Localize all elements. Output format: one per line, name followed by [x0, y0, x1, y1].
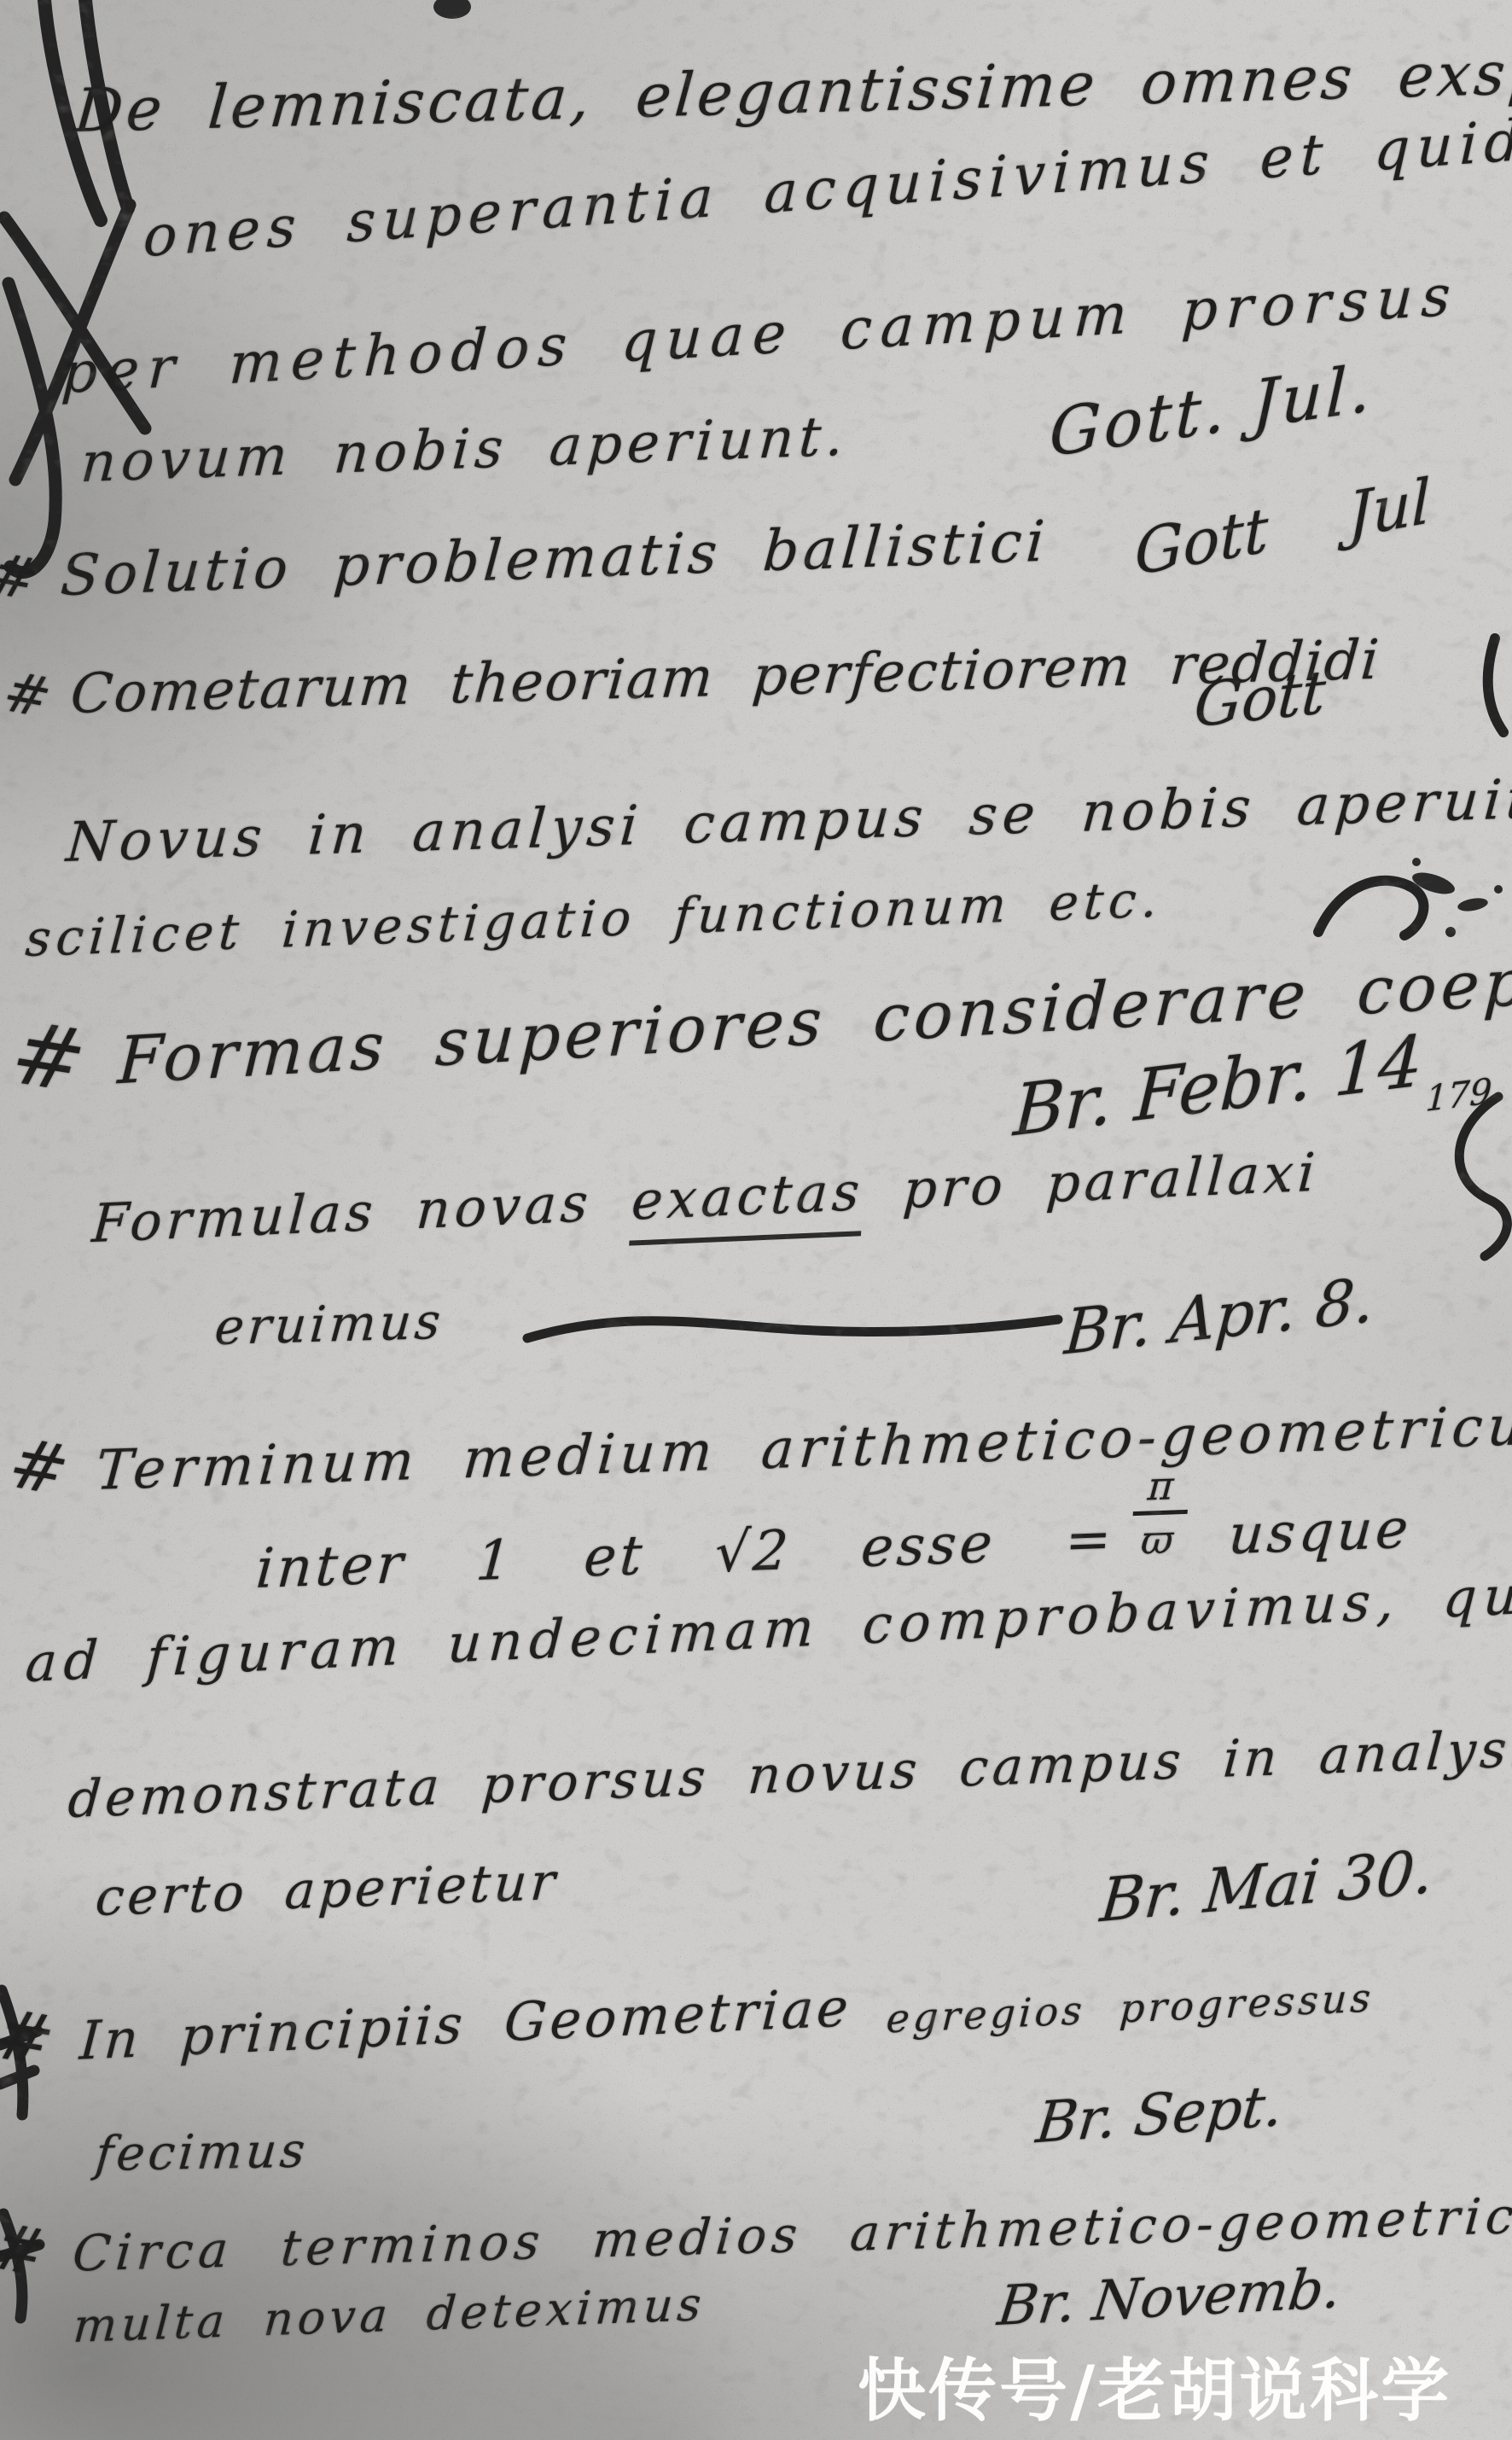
fraction-denominator: ϖ	[1140, 1519, 1178, 1560]
entry-date-gott: Gott	[1193, 661, 1328, 736]
entry-hash-marker: #	[0, 2214, 59, 2286]
entry-hash-marker: #	[0, 545, 48, 610]
diary-line-fecimus: fecimus	[94, 2128, 311, 2179]
manuscript-page: De lemniscata, elegantissime omnes exspe…	[0, 0, 1512, 2440]
diary-line-eruimus: eruimus	[213, 1296, 446, 1352]
right-edge-partial-stroke-icon	[1488, 638, 1503, 732]
pi-over-varpi-fraction: πϖ	[1130, 1465, 1191, 1561]
entry-text: usque	[1226, 1498, 1413, 1568]
long-hand-drawn-dash-icon	[527, 1319, 1058, 1338]
entry-hash-marker: #	[0, 665, 59, 727]
entry-hash-marker: #	[2, 1429, 81, 1507]
entry-text: inter 1 et √2 esse =	[254, 1508, 1117, 1601]
diary-line-certo-aperietur: certo aperietur	[94, 1856, 560, 1924]
right-margin-smudge-icon	[1318, 858, 1503, 937]
entry-hash-marker: #	[3, 1010, 98, 1106]
entry-date-year-fragment: 179	[1425, 1074, 1493, 1117]
right-margin-curl-icon	[1459, 1097, 1507, 1256]
fraction-bar	[1133, 1510, 1188, 1516]
fraction-numerator: π	[1147, 1465, 1178, 1505]
top-edge-ink-blot-icon	[433, 0, 471, 19]
entry-hash-marker: #	[0, 2000, 64, 2077]
entry-date-br-sept: Br. Sept.	[1033, 2078, 1285, 2152]
underlined-word-exactas: exactas	[629, 1160, 865, 1246]
site-watermark: 快传号/老胡说科学	[858, 2357, 1451, 2425]
